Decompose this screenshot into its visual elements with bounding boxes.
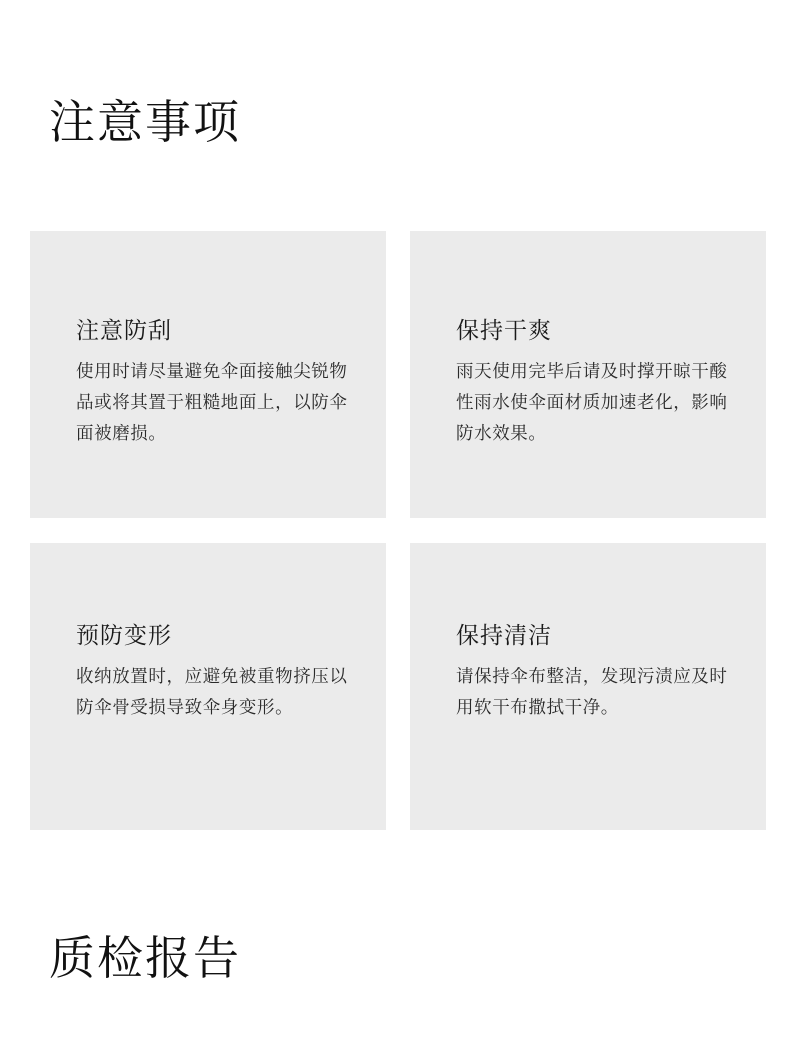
- card-keep-clean: 保持清洁 请保持伞布整洁，发现污渍应及时用软干布撒拭干净。: [410, 543, 766, 830]
- section-title-notes: 注意事项: [49, 99, 241, 145]
- card-keep-dry: 保持干爽 雨天使用完毕后请及时撑开晾干酸性雨水使伞面材质加速老化，影响防水效果。: [410, 231, 766, 518]
- card-title: 保持干爽: [456, 320, 736, 343]
- card-body: 使用时请尽量避免伞面接触尖锐物品或将其置于粗糙地面上，以防伞面被磨损。: [76, 357, 356, 450]
- card-body: 雨天使用完毕后请及时撑开晾干酸性雨水使伞面材质加速老化，影响防水效果。: [456, 357, 736, 450]
- card-body: 收纳放置时，应避免被重物挤压以防伞骨受损导致伞身变形。: [76, 662, 356, 724]
- card-title: 保持清洁: [456, 625, 736, 648]
- card-scratch-prevention: 注意防刮 使用时请尽量避免伞面接触尖锐物品或将其置于粗糙地面上，以防伞面被磨损。: [30, 231, 386, 518]
- card-title: 注意防刮: [76, 320, 356, 343]
- card-body: 请保持伞布整洁，发现污渍应及时用软干布撒拭干净。: [456, 662, 736, 724]
- card-title: 预防变形: [76, 625, 356, 648]
- card-prevent-deformation: 预防变形 收纳放置时，应避免被重物挤压以防伞骨受损导致伞身变形。: [30, 543, 386, 830]
- section-title-report: 质检报告: [49, 935, 241, 981]
